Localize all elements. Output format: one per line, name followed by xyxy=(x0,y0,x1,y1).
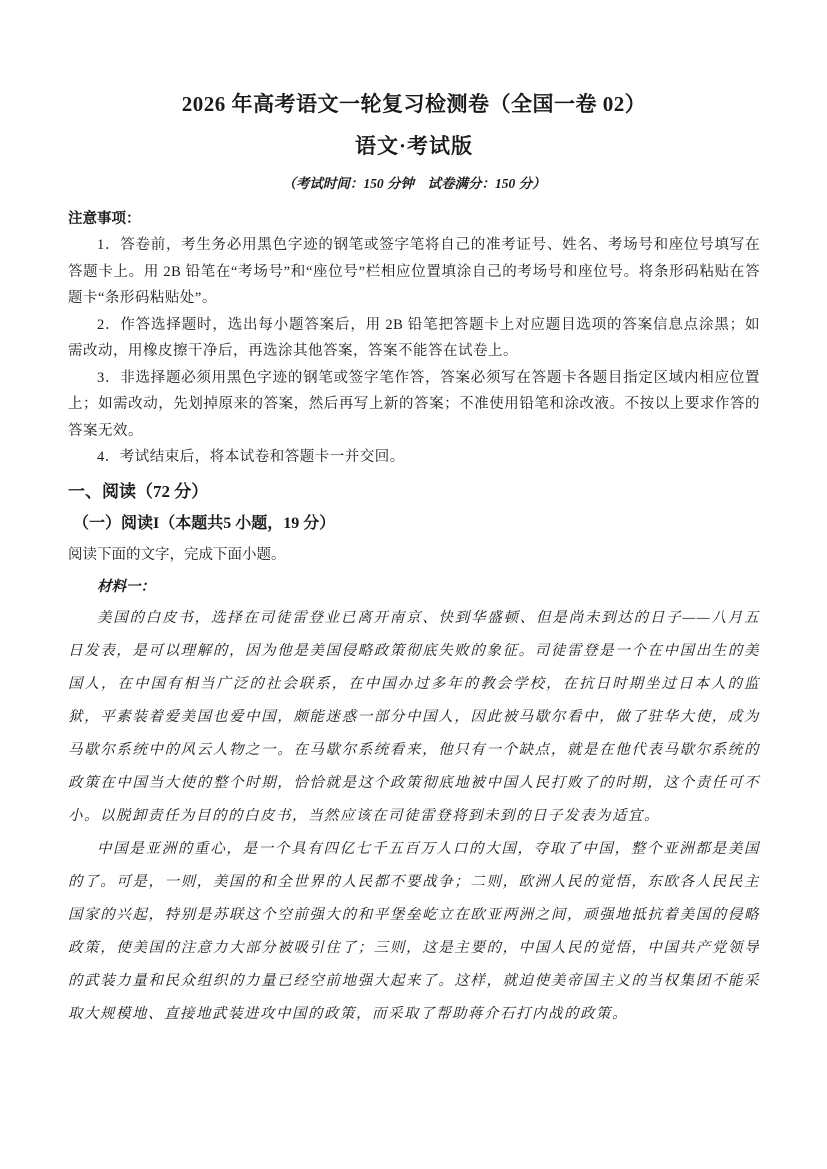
reading-instruction: 阅读下面的文字，完成下面小题。 xyxy=(68,541,760,569)
exam-paper-page: 2026 年高考语文一轮复习检测卷（全国一卷 02） 语文·考试版 （考试时间：… xyxy=(0,0,827,1169)
exam-time-score-info: （考试时间：150 分钟 试卷满分：150 分） xyxy=(68,174,760,193)
notice-heading: 注意事项： xyxy=(68,206,760,232)
notice-item-1: 1．答卷前，考生务必用黑色字迹的钢笔或签字笔将自己的准考证号、姓名、考场号和座位… xyxy=(68,232,760,312)
paper-title: 2026 年高考语文一轮复习检测卷（全国一卷 02） xyxy=(68,90,760,118)
section-heading-reading: 一、阅读（72 分） xyxy=(68,477,760,507)
notice-item-3: 3．非选择题必须用黑色字迹的钢笔或签字笔作答，答案必须写在答题卡各题目指定区域内… xyxy=(68,365,760,445)
material1-paragraph-1: 美国的白皮书，选择在司徒雷登业已离开南京、快到华盛顿、但是尚未到达的日子——八月… xyxy=(68,602,760,833)
notice-item-2: 2．作答选择题时，选出每小题答案后，用 2B 铅笔把答题卡上对应题目选项的答案信… xyxy=(68,312,760,365)
material1-label: 材料一： xyxy=(68,572,760,602)
subsection-heading-reading-1: （一）阅读I（本题共5 小题，19 分） xyxy=(68,509,760,539)
paper-subtitle: 语文·考试版 xyxy=(68,133,760,160)
notice-item-4: 4．考试结束后，将本试卷和答题卡一并交回。 xyxy=(68,444,760,471)
material1-paragraph-2: 中国是亚洲的重心，是一个具有四亿七千五百万人口的大国，夺取了中国，整个亚洲都是美… xyxy=(68,833,760,1031)
